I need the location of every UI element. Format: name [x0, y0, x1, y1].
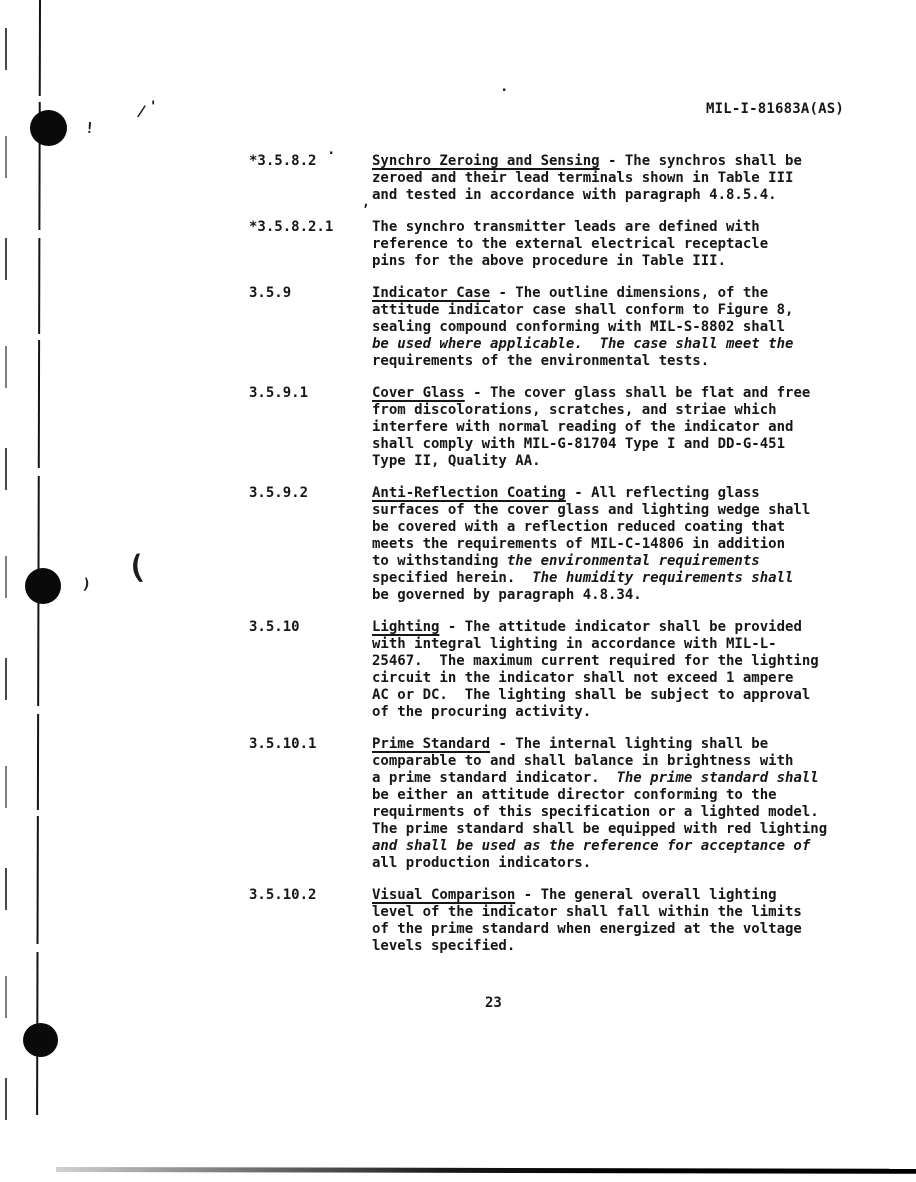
text-line: level of the indicator shall fall within…	[372, 904, 852, 921]
body-text-italic: the environmental requirements	[507, 553, 760, 569]
body-text: Type II, Quality AA.	[372, 453, 541, 469]
body-text: AC or DC. The lighting shall be subject …	[372, 687, 810, 703]
section-number: *3.5.8.2	[249, 153, 316, 169]
spec-section: 3.5.9.1Cover Glass - The cover glass sha…	[0, 385, 916, 470]
section-text: Prime Standard - The internal lighting s…	[372, 736, 852, 872]
text-line: with integral lighting in accordance wit…	[372, 636, 852, 653]
text-line: The prime standard shall be equipped wit…	[372, 821, 852, 838]
spec-section: 3.5.9Indicator Case - The outline dimens…	[0, 285, 916, 370]
body-text: circuit in the indicator shall not excee…	[372, 670, 793, 686]
body-text-italic: and shall be used as the reference for a…	[372, 838, 810, 854]
body-text: - The synchros shall be	[600, 153, 802, 169]
text-line: of the prime standard when energized at …	[372, 921, 852, 938]
text-line: meets the requirements of MIL-C-14806 in…	[372, 536, 852, 553]
spec-section: 3.5.10.1Prime Standard - The internal li…	[0, 736, 916, 872]
text-line: Synchro Zeroing and Sensing - The synchr…	[372, 153, 852, 170]
text-line: 25467. The maximum current required for …	[372, 653, 852, 670]
text-line: comparable to and shall balance in brigh…	[372, 753, 852, 770]
section-heading: Prime Standard	[372, 736, 490, 752]
text-line: interfere with normal reading of the ind…	[372, 419, 852, 436]
hole-punch-dot	[30, 110, 67, 146]
spec-section: 3.5.9.2Anti-Reflection Coating - All ref…	[0, 485, 916, 604]
text-line: sealing compound conforming with MIL-S-8…	[372, 319, 852, 336]
body-text-italic: be used where applicable. The case shall…	[372, 336, 793, 352]
body-text: a prime standard indicator.	[372, 770, 616, 786]
text-line: be either an attitude director conformin…	[372, 787, 852, 804]
section-heading: Cover Glass	[372, 385, 465, 401]
body-text-italic: The humidity requirements shall	[532, 570, 793, 586]
body-text: from discolorations, scratches, and stri…	[372, 402, 777, 418]
body-text: zeroed and their lead terminals shown in…	[372, 170, 793, 186]
text-line: AC or DC. The lighting shall be subject …	[372, 687, 852, 704]
section-number: 3.5.9.2	[249, 485, 308, 501]
body-text: - The cover glass shall be flat and free	[465, 385, 811, 401]
text-line: The synchro transmitter leads are define…	[372, 219, 852, 236]
body-text: requirements of the environmental tests.	[372, 353, 709, 369]
text-line: of the procuring activity.	[372, 704, 852, 721]
body-text: - The internal lighting shall be	[490, 736, 768, 752]
text-line: attitude indicator case shall conform to…	[372, 302, 852, 319]
body-text: levels specified.	[372, 938, 515, 954]
body-text: - All reflecting glass	[566, 485, 760, 501]
hole-punch-dot	[23, 1023, 58, 1057]
body-text: 25467. The maximum current required for …	[372, 653, 819, 669]
body-text: requirments of this specification or a l…	[372, 804, 819, 820]
text-line: Type II, Quality AA.	[372, 453, 852, 470]
page-number: 23	[485, 995, 502, 1011]
section-heading: Lighting	[372, 619, 439, 635]
body-text: sealing compound conforming with MIL-S-8…	[372, 319, 785, 335]
spec-section: *3.5.8.2Synchro Zeroing and Sensing - Th…	[0, 153, 916, 204]
scan-artifact-mark: .	[500, 80, 508, 94]
section-text: Lighting - The attitude indicator shall …	[372, 619, 852, 721]
body-text: and tested in accordance with paragraph …	[372, 187, 777, 203]
body-text: level of the indicator shall fall within…	[372, 904, 802, 920]
body-text: of the procuring activity.	[372, 704, 591, 720]
text-line: from discolorations, scratches, and stri…	[372, 402, 852, 419]
text-line: pins for the above procedure in Table II…	[372, 253, 852, 270]
body-text: - The attitude indicator shall be provid…	[439, 619, 801, 635]
body-text: meets the requirements of MIL-C-14806 in…	[372, 536, 785, 552]
scan-artifact-mark: ,	[362, 196, 370, 209]
text-line: be governed by paragraph 4.8.34.	[372, 587, 852, 604]
body-text: of the prime standard when energized at …	[372, 921, 802, 937]
section-text: Cover Glass - The cover glass shall be f…	[372, 385, 852, 470]
section-number: 3.5.9	[249, 285, 291, 301]
body-text: all production indicators.	[372, 855, 591, 871]
spec-section: *3.5.8.2.1The synchro transmitter leads …	[0, 219, 916, 270]
section-heading: Anti-Reflection Coating	[372, 485, 566, 501]
section-number: 3.5.10.2	[249, 887, 316, 903]
section-text: Indicator Case - The outline dimensions,…	[372, 285, 852, 370]
scan-artifact-mark: )	[81, 577, 92, 593]
text-line: reference to the external electrical rec…	[372, 236, 852, 253]
body-text: with integral lighting in accordance wit…	[372, 636, 777, 652]
text-line: levels specified.	[372, 938, 852, 955]
text-line: specified herein. The humidity requireme…	[372, 570, 852, 587]
section-number: 3.5.10	[249, 619, 300, 635]
text-line: Cover Glass - The cover glass shall be f…	[372, 385, 852, 402]
body-text-italic: The prime standard shall	[616, 770, 818, 786]
document-reference-header: MIL-I-81683A(AS)	[706, 101, 844, 117]
text-line: to withstanding the environmental requir…	[372, 553, 852, 570]
body-text: reference to the external electrical rec…	[372, 236, 768, 252]
scan-artifact-mark: (	[125, 550, 148, 584]
body-text: be covered with a reflection reduced coa…	[372, 519, 785, 535]
scan-artifact-mark: '	[149, 100, 157, 114]
body-text: comparable to and shall balance in brigh…	[372, 753, 793, 769]
body-text: specified herein.	[372, 570, 532, 586]
text-line: circuit in the indicator shall not excee…	[372, 670, 852, 687]
section-text: Synchro Zeroing and Sensing - The synchr…	[372, 153, 852, 204]
body-text: - The outline dimensions, of the	[490, 285, 768, 301]
text-line: requirements of the environmental tests.	[372, 353, 852, 370]
body-text: be governed by paragraph 4.8.34.	[372, 587, 642, 603]
scan-artifact-mark: /	[136, 103, 147, 119]
section-text: Anti-Reflection Coating - All reflecting…	[372, 485, 852, 604]
body-text: - The general overall lighting	[515, 887, 776, 903]
scanned-spec-page: MIL-I-81683A(AS) *3.5.8.2Synchro Zeroing…	[0, 0, 916, 1182]
section-heading: Visual Comparison	[372, 887, 515, 903]
text-line: and tested in accordance with paragraph …	[372, 187, 852, 204]
body-text: The synchro transmitter leads are define…	[372, 219, 760, 235]
body-text: The prime standard shall be equipped wit…	[372, 821, 827, 837]
body-text: be either an attitude director conformin…	[372, 787, 777, 803]
text-line: surfaces of the cover glass and lighting…	[372, 502, 852, 519]
text-line: zeroed and their lead terminals shown in…	[372, 170, 852, 187]
spec-section: 3.5.10Lighting - The attitude indicator …	[0, 619, 916, 721]
bottom-scan-line	[56, 1167, 916, 1174]
text-line: requirments of this specification or a l…	[372, 804, 852, 821]
section-heading: Indicator Case	[372, 285, 490, 301]
section-number: 3.5.9.1	[249, 385, 308, 401]
text-line: a prime standard indicator. The prime st…	[372, 770, 852, 787]
section-number: 3.5.10.1	[249, 736, 316, 752]
section-number: *3.5.8.2.1	[249, 219, 333, 235]
scan-artifact-mark: !	[84, 121, 94, 137]
body-text: pins for the above procedure in Table II…	[372, 253, 726, 269]
body-text: interfere with normal reading of the ind…	[372, 419, 793, 435]
text-line: and shall be used as the reference for a…	[372, 838, 852, 855]
body-text: surfaces of the cover glass and lighting…	[372, 502, 810, 518]
text-line: shall comply with MIL-G-81704 Type I and…	[372, 436, 852, 453]
text-line: be used where applicable. The case shall…	[372, 336, 852, 353]
text-line: all production indicators.	[372, 855, 852, 872]
text-line: Prime Standard - The internal lighting s…	[372, 736, 852, 753]
text-line: Visual Comparison - The general overall …	[372, 887, 852, 904]
body-text: attitude indicator case shall conform to…	[372, 302, 793, 318]
scan-artifact-mark: .	[327, 143, 335, 157]
section-text: Visual Comparison - The general overall …	[372, 887, 852, 955]
spec-section: 3.5.10.2Visual Comparison - The general …	[0, 887, 916, 955]
body-text: to withstanding	[372, 553, 507, 569]
body-text: shall comply with MIL-G-81704 Type I and…	[372, 436, 785, 452]
text-line: Indicator Case - The outline dimensions,…	[372, 285, 852, 302]
text-line: be covered with a reflection reduced coa…	[372, 519, 852, 536]
section-heading: Synchro Zeroing and Sensing	[372, 153, 600, 169]
text-line: Anti-Reflection Coating - All reflecting…	[372, 485, 852, 502]
section-text: The synchro transmitter leads are define…	[372, 219, 852, 270]
text-line: Lighting - The attitude indicator shall …	[372, 619, 852, 636]
